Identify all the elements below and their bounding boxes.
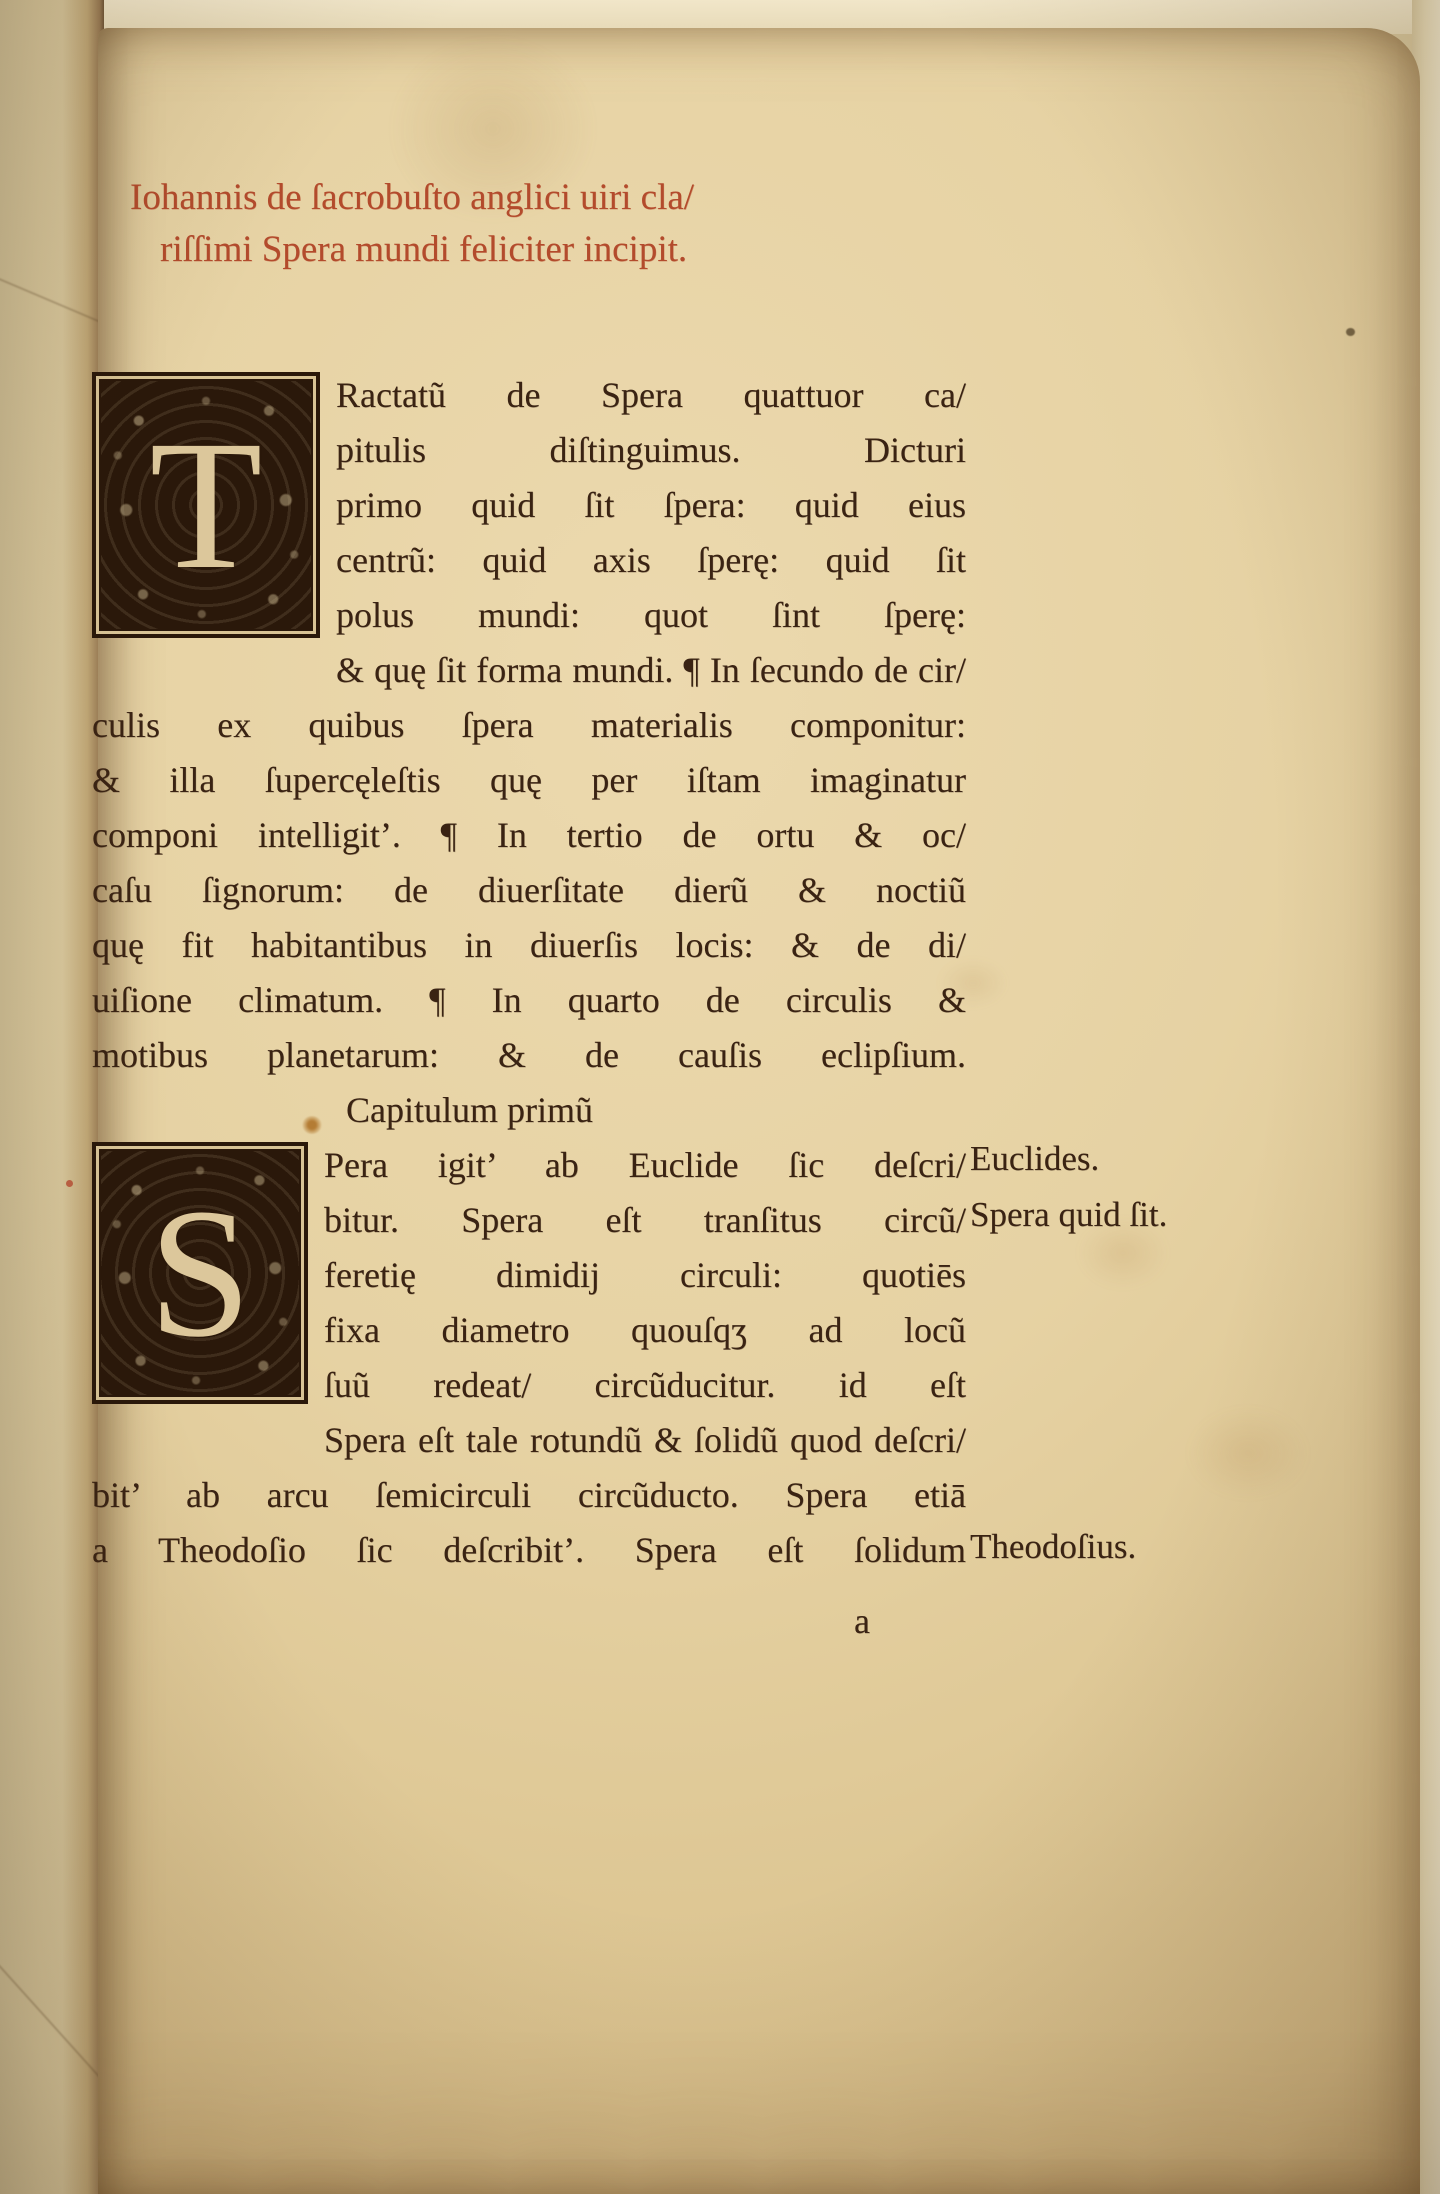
body-line: & illa ſupercęleſtis quę per iſtam imagi…	[92, 753, 966, 808]
woodcut-initial-S: S	[92, 1142, 308, 1404]
woodcut-initial-T: T	[92, 372, 320, 638]
margin-note-spera-quid-sit: Spera quid ſit.	[970, 1192, 1167, 1238]
initial-letter: T	[149, 413, 262, 598]
body-line: uiſione climatum. ¶ In quarto de circuli…	[92, 973, 966, 1028]
book-photo: { "rubric": { "line1": "Iohannis de ſacr…	[0, 0, 1440, 2194]
initial-letter: S	[149, 1181, 252, 1366]
text-block: T Ractatũ de Spera quattuor ca/ pitulis …	[92, 368, 966, 1649]
rubric-line: riſſimi Spera mundi feliciter incipit.	[160, 224, 694, 276]
body-line: & quę ſit forma mundi. ¶ In ſecundo de c…	[92, 643, 966, 698]
body-line: motibus planetarum: & de cauſis eclipſiu…	[92, 1028, 966, 1083]
signature-mark: a	[92, 1594, 966, 1649]
body-line: bit’ ab arcu ſemicirculi circũducto. Spe…	[92, 1468, 966, 1523]
body-line: componi intelligit’. ¶ In tertio de ortu…	[92, 808, 966, 863]
margin-note-euclides: Euclides.	[970, 1136, 1099, 1182]
rubric-heading: Iohannis de ſacrobuſto anglici uiri cla/…	[130, 172, 694, 276]
rubric-line: Iohannis de ſacrobuſto anglici uiri cla/	[130, 172, 694, 224]
body-line: Spera eſt tale rotundũ & ſolidũ quod deſ…	[92, 1413, 966, 1468]
body-line: culis ex quibus ſpera materialis componi…	[92, 698, 966, 753]
body-line: a Theodoſio ſic deſcribit’. Spera eſt ſo…	[92, 1523, 966, 1578]
body-line: quę fit habitantibus in diuerſis locis: …	[92, 918, 966, 973]
printed-text-layer: Iohannis de ſacrobuſto anglici uiri cla/…	[0, 0, 1440, 2194]
chapter-heading: Capitulum primũ	[92, 1083, 966, 1138]
margin-note-theodosius: Theodoſius.	[970, 1524, 1136, 1570]
body-line: caſu ſignorum: de diuerſitate dierũ & no…	[92, 863, 966, 918]
